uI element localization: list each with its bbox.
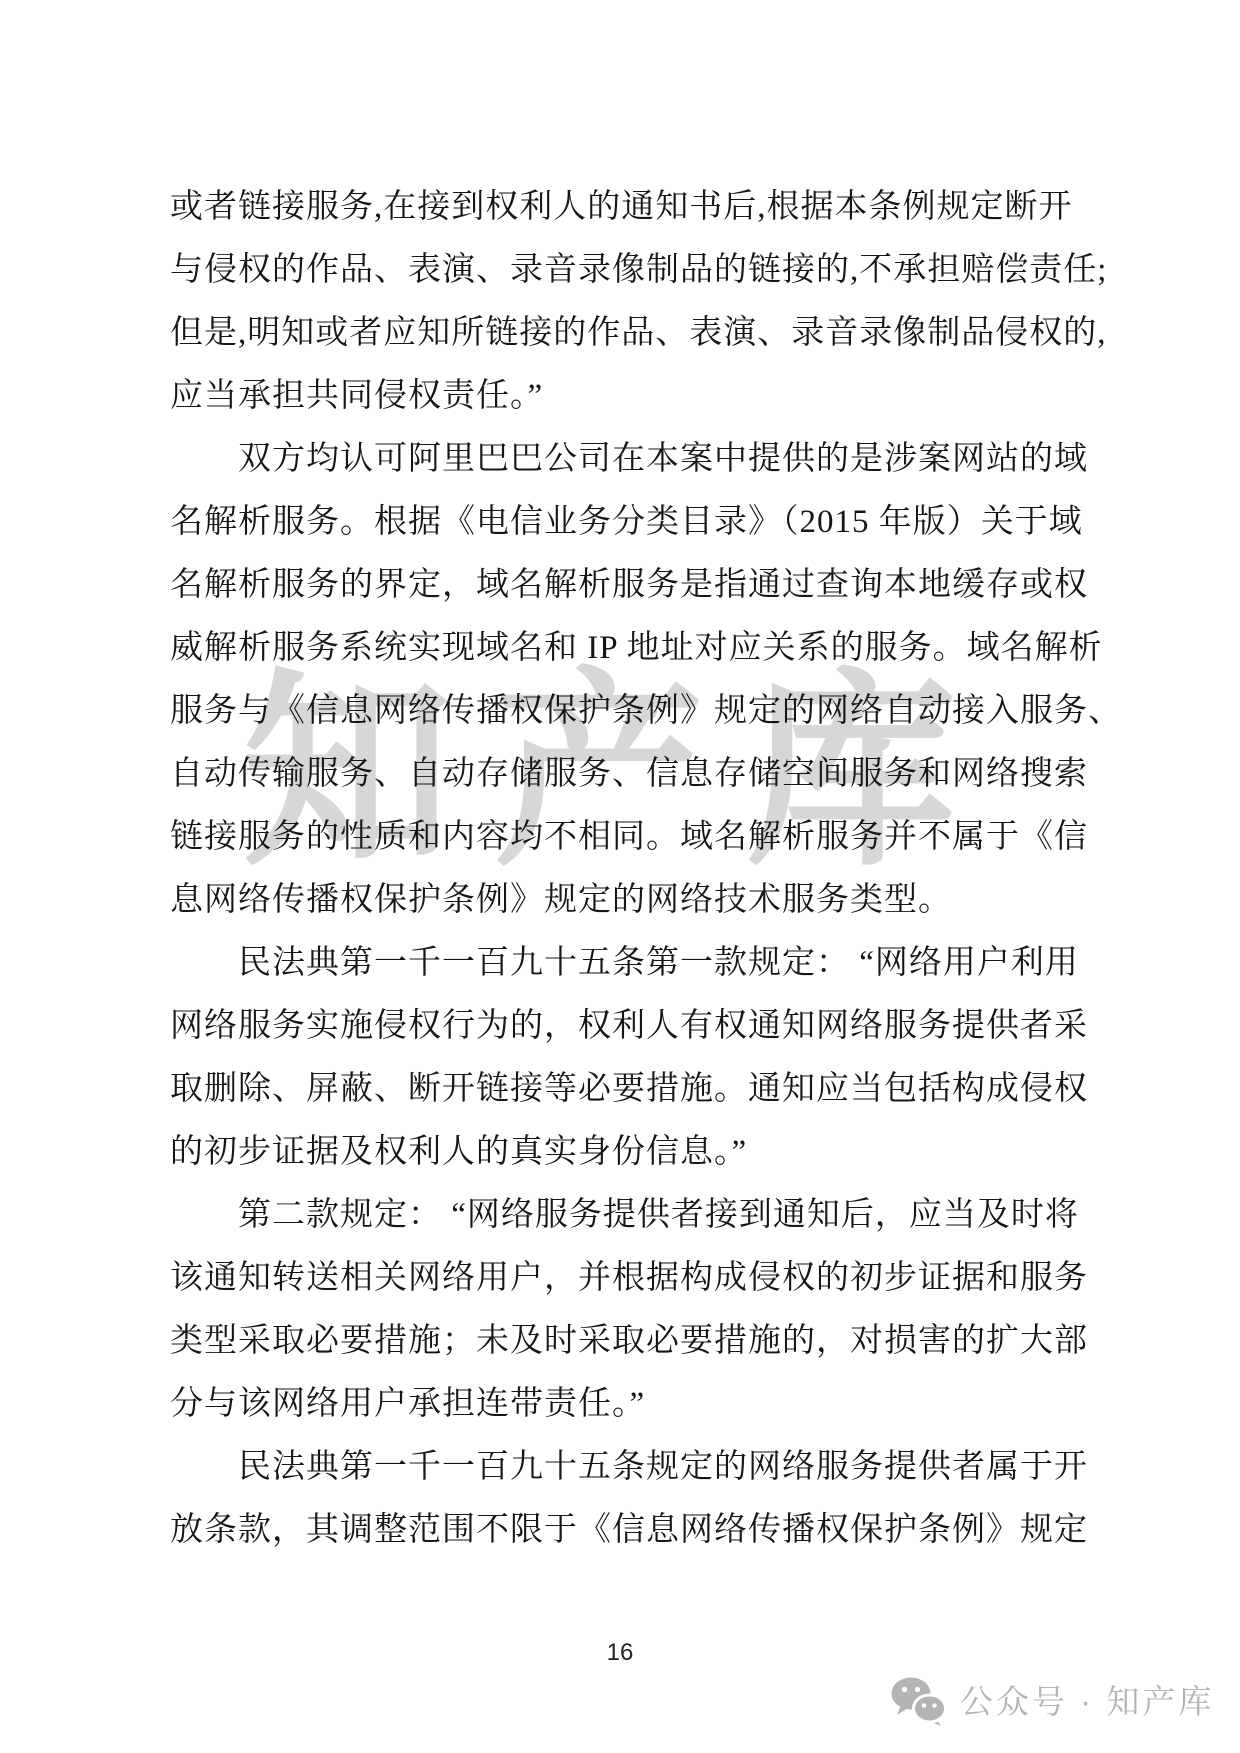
document-page: 知产库 或者链接服务,在接到权利人的通知书后,根据本条例规定断开与侵权的作品、表… (0, 0, 1240, 1753)
text-line: 服务与《信息网络传播权保护条例》规定的网络自动接入服务、 (170, 680, 1088, 743)
text-line: 双方均认可阿里巴巴公司在本案中提供的是涉案网站的域 (170, 428, 1088, 491)
text-line: 民法典第一千一百九十五条第一款规定： “网络用户利用 (170, 932, 1088, 995)
page-number: 16 (0, 1640, 1240, 1666)
text-line: 威解析服务系统实现域名和 IP 地址对应关系的服务。域名解析 (170, 617, 1088, 680)
footer-account-label: 公众号 · 知产库 (960, 1677, 1214, 1727)
text-line: 与侵权的作品、表演、录音录像制品的链接的,不承担赔偿责任; (170, 239, 1088, 302)
text-line: 息网络传播权保护条例》规定的网络技术服务类型。 (170, 869, 1088, 932)
text-line: 第二款规定： “网络服务提供者接到通知后，应当及时将 (170, 1184, 1088, 1247)
text-line: 或者链接服务,在接到权利人的通知书后,根据本条例规定断开 (170, 176, 1088, 239)
text-line: 名解析服务。根据《电信业务分类目录》（2015 年版）关于域 (170, 491, 1088, 554)
text-line: 应当承担共同侵权责任。” (170, 365, 1088, 428)
footer-branding: 公众号 · 知产库 (890, 1676, 1214, 1728)
text-line: 民法典第一千一百九十五条规定的网络服务提供者属于开 (170, 1436, 1088, 1499)
text-line: 分与该网络用户承担连带责任。” (170, 1373, 1088, 1436)
text-line: 网络服务实施侵权行为的，权利人有权通知网络服务提供者采 (170, 995, 1088, 1058)
text-line: 链接服务的性质和内容均不相同。域名解析服务并不属于《信 (170, 806, 1088, 869)
text-line: 取删除、屏蔽、断开链接等必要措施。通知应当包括构成侵权 (170, 1058, 1088, 1121)
text-line: 但是,明知或者应知所链接的作品、表演、录音录像制品侵权的, (170, 302, 1088, 365)
text-line: 类型采取必要措施；未及时采取必要措施的，对损害的扩大部 (170, 1310, 1088, 1373)
text-line: 放条款，其调整范围不限于《信息网络传播权保护条例》规定 (170, 1499, 1088, 1562)
text-line: 名解析服务的界定，域名解析服务是指通过查询本地缓存或权 (170, 554, 1088, 617)
text-line: 该通知转送相关网络用户，并根据构成侵权的初步证据和服务 (170, 1247, 1088, 1310)
wechat-icon (890, 1676, 948, 1728)
text-line: 的初步证据及权利人的真实身份信息。” (170, 1121, 1088, 1184)
body-text: 或者链接服务,在接到权利人的通知书后,根据本条例规定断开与侵权的作品、表演、录音… (170, 176, 1088, 1562)
text-line: 自动传输服务、自动存储服务、信息存储空间服务和网络搜索 (170, 743, 1088, 806)
